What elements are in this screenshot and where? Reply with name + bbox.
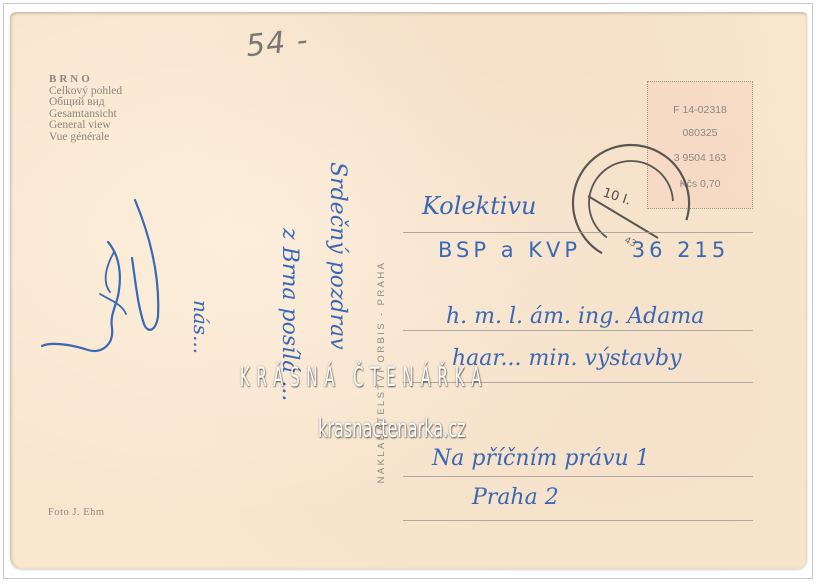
address-rule <box>403 476 753 477</box>
address-rule <box>403 520 753 521</box>
postcard-caption: BRNO Celkový pohled Общий вид Gesamtansi… <box>49 74 122 144</box>
address-postcode: 36 215 <box>632 238 729 262</box>
stamp-number: 3 9504 163 <box>648 152 752 164</box>
signature-icon <box>40 196 170 376</box>
address-line-3: h. m. l. ám. ing. Adama <box>446 304 704 329</box>
inventory-number: 54 - <box>244 23 310 64</box>
address-rule <box>403 330 753 331</box>
watermark-title: KRÁSNÁ ČTENÁŘKA <box>240 362 581 393</box>
address-line-6: Praha 2 <box>472 485 559 510</box>
printed-postage-stamp: F 14-02318 080325 3 9504 163 Kčs 0,70 <box>647 81 753 209</box>
address-line-2: BSP a KVP 36 215 <box>438 238 729 262</box>
stamp-serial: 080325 <box>648 127 752 139</box>
greeting-line: Srdečný pozdrav <box>325 162 350 350</box>
stamp-code: F 14-02318 <box>648 104 752 116</box>
address-rule <box>403 232 753 233</box>
photo-credit: Foto J. Ehm <box>48 507 105 518</box>
stamp-value: Kčs 0,70 <box>648 178 752 190</box>
address-line-1: Kolektivu <box>422 192 537 220</box>
greeting-line: nás... <box>189 300 213 354</box>
address-organization: BSP a KVP <box>438 238 581 262</box>
caption-city: BRNO <box>49 74 122 86</box>
address-line-5: Na příčním právu 1 <box>432 446 650 471</box>
watermark-url: krasnactenarka.cz <box>318 414 466 444</box>
caption-french: Vue générale <box>49 132 122 144</box>
